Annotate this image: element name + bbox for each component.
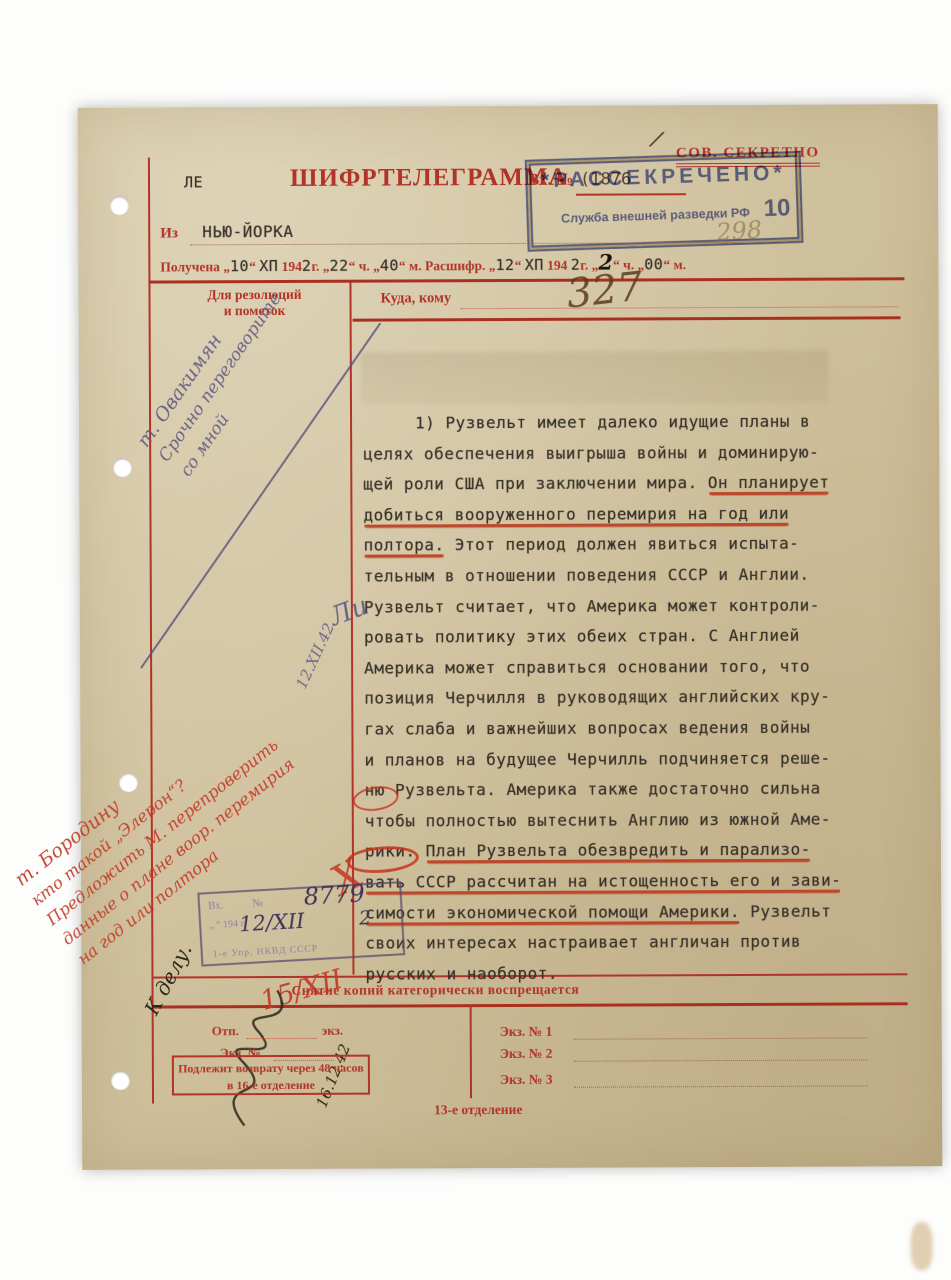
- body-line: 1) Рузвельт имеет далеко идущие планы в: [363, 407, 841, 440]
- erased-text-band: [361, 351, 829, 405]
- body-line: полтора. Этот период должен явиться испы…: [364, 529, 842, 562]
- telegram-body: 1) Рузвельт имеет далеко идущие планы в …: [363, 407, 844, 990]
- body-line: ровать политику этих обеих стран. С Англ…: [364, 621, 842, 654]
- deciphered-day: 12: [495, 256, 514, 274]
- copy-1-dotted-line: [574, 1037, 868, 1039]
- body-line: добиться вооруженного перемирия на год и…: [363, 498, 841, 531]
- corner-code: ЛЕ: [184, 173, 203, 191]
- body-line: рики. План Рузвельта обезвредить и парал…: [365, 835, 843, 868]
- registry-org-label: 1-е Упр. НКВД СССР: [213, 944, 319, 960]
- received-min: 40: [380, 256, 399, 274]
- kuda-rule: [353, 316, 901, 321]
- deciphered-m: “ м.: [663, 257, 686, 272]
- footer-divider: [470, 1004, 472, 1098]
- hole-punch: [113, 458, 132, 477]
- registry-year-digit: 2: [358, 907, 371, 930]
- blue-note-line2: Срочно переговорите: [152, 206, 344, 467]
- received-label: Получена „: [160, 259, 230, 274]
- declassified-stamp-title: *РАССЕКРЕЧЕНО*: [537, 161, 790, 193]
- otp-label: Отп.: [212, 1023, 239, 1039]
- ekz-label: экз.: [322, 1023, 343, 1039]
- telegram-page: СОВ. СЕКРЕТНО ЛЕ ШИФРТЕЛЕГРАММА Вх. № (1…: [78, 104, 943, 1170]
- body-line: позиция Черчилля в руководящих английски…: [364, 682, 842, 715]
- return-box-line1: Подлежит возврату через 48 часов: [174, 1060, 368, 1078]
- copy-1-label: Экз. № 1: [500, 1024, 553, 1040]
- kuda-label: Куда, кому: [380, 290, 451, 307]
- body-line: щей роли США при заключении мира. Он пла…: [363, 468, 841, 501]
- deciphered-q: “: [515, 258, 525, 273]
- no-copies-warning: Снятие копий категорически воспрещается: [292, 982, 580, 999]
- deciphered-min: 00: [644, 255, 663, 273]
- hole-punch: [110, 196, 129, 215]
- copy-3-dotted-line: [574, 1085, 868, 1087]
- deciphered-month: ХП: [525, 256, 544, 274]
- from-label: Из: [160, 225, 178, 242]
- body-line: Америка может справиться основании того,…: [364, 651, 842, 684]
- body-line: симости экономической помощи Америки. Ру…: [365, 896, 843, 929]
- deciphered-label: “ м. Расшифр. „: [399, 258, 496, 273]
- copy-2-label: Экз. № 2: [500, 1046, 553, 1062]
- kuda-dotted-line: [461, 306, 899, 309]
- body-line: и планов на будущее Черчилль подчиняется…: [364, 743, 842, 776]
- received-ch: “ ч. „: [349, 259, 380, 274]
- hole-punch: [119, 773, 138, 792]
- department-label: 13-е отделение: [434, 1102, 522, 1118]
- body-line: гах слаба и важнейших вопросах ведения в…: [364, 712, 842, 745]
- body-line: Рузвельт считает, что Америка может конт…: [364, 590, 842, 623]
- copy-2-dotted-line: [574, 1059, 868, 1061]
- hole-punch: [111, 1071, 130, 1090]
- registry-number-handwritten: 8779: [303, 879, 366, 910]
- registry-stamp: Вх. № „ “ 194 г. 1-е Упр. НКВД СССР 8779…: [197, 881, 405, 966]
- registry-no-label: №: [252, 897, 263, 910]
- body-line: ню Рузвельта. Америка также достаточно с…: [365, 774, 843, 807]
- registry-vx-label: Вх.: [208, 899, 224, 912]
- registry-date-handwritten: 12/XII: [238, 909, 305, 937]
- copy-3-label: Экз. № 3: [500, 1072, 553, 1088]
- kuda-handwritten-number: 327: [564, 264, 645, 318]
- body-line: своих интересах настраивает англичан про…: [365, 927, 843, 960]
- return-48h-box: Подлежит возврату через 48 часов в 16-е …: [172, 1055, 370, 1096]
- declassified-stamp-number: 10: [763, 194, 791, 223]
- return-box-line2: в 16-е отделение: [174, 1077, 368, 1095]
- body-line: вать СССР рассчитан на истощенность его …: [365, 865, 843, 898]
- pen-tick: /: [649, 127, 664, 153]
- body-line: тельным в отношении поведения СССР и Анг…: [364, 560, 842, 593]
- paper-stain: [911, 1222, 933, 1270]
- body-line: целях обеспечения выигрыша войны и домин…: [363, 437, 841, 470]
- form-left-border: [148, 158, 154, 1104]
- body-line: чтобы полностью вытеснить Англию из южно…: [365, 804, 843, 837]
